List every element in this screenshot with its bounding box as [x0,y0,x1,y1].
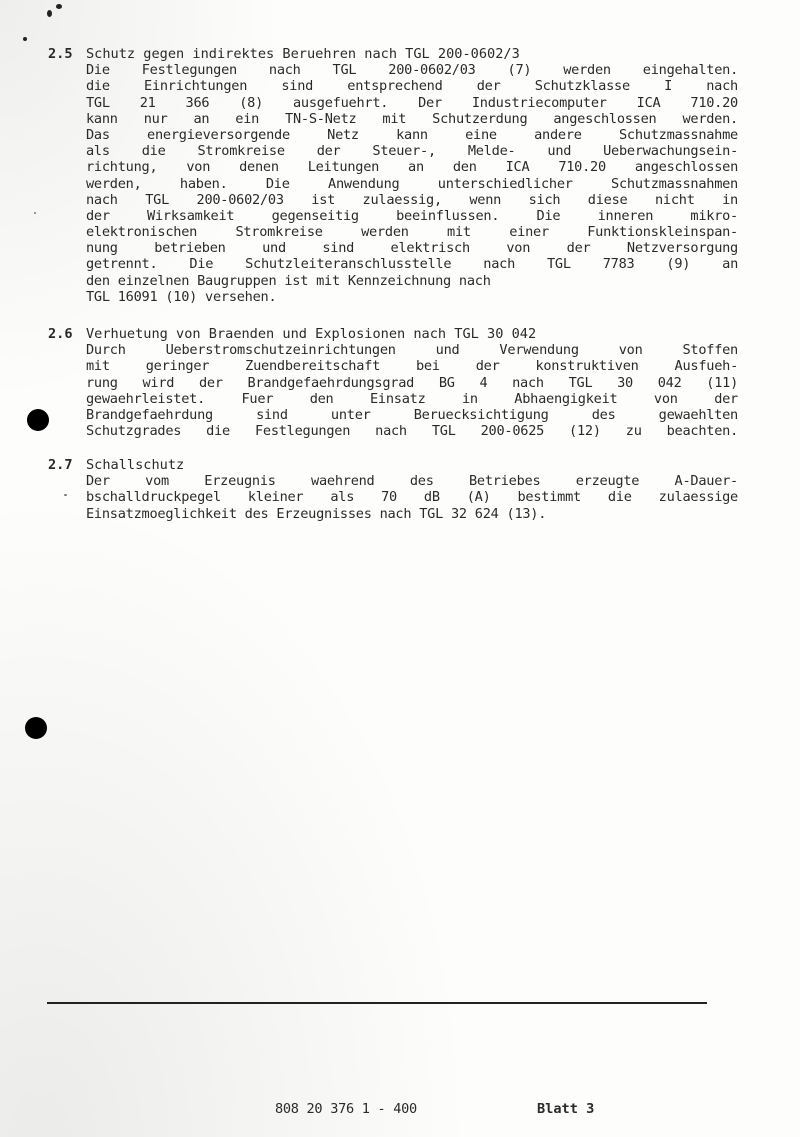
body-line: Das energieversorgende Netz kann eine an… [86,127,738,143]
body-line: bschalldruckpegel kleiner als 70 dB (A) … [86,489,738,505]
section-2-6: 2.6 Verhuetung von Braenden und Explosio… [48,326,738,439]
scan-speck [34,212,36,214]
document-number: 808 20 376 1 - 400 [275,1101,417,1117]
sheet-number: Blatt 3 [537,1101,594,1117]
body-line: nach TGL 200-0602/03 ist zulaessig, wenn… [86,192,738,208]
body-line: nung betrieben und sind elektrisch von d… [86,240,738,256]
body-line: der Wirksamkeit gegenseitig beeinflussen… [86,208,738,224]
section-title: Schutz gegen indirektes Beruehren nach T… [86,46,520,62]
body-line: rung wird der Brandgefaehrdungsgrad BG 4… [86,375,738,391]
hole-punch-mark [27,409,49,431]
body-line: Durch Ueberstromschutzeinrichtungen und … [86,342,738,358]
body-line: richtung, von denen Leitungen an den ICA… [86,159,738,175]
section-body: Die Festlegungen nach TGL 200-0602/03 (7… [86,62,738,305]
body-line: kann nur an ein TN-S-Netz mit Schutzerdu… [86,111,738,127]
body-line: werden, haben. Die Anwendung unterschied… [86,176,738,192]
section-heading: 2.5 Schutz gegen indirektes Beruehren na… [48,46,738,62]
body-line: elektronischen Stromkreise werden mit ei… [86,224,738,240]
scan-speck [47,10,52,17]
section-number: 2.5 [48,46,86,62]
body-line: den einzelnen Baugruppen ist mit Kennzei… [86,273,738,289]
body-line: Einsatzmoeglichkeit des Erzeugnisses nac… [86,506,738,522]
section-title: Schallschutz [86,457,184,473]
section-number: 2.6 [48,326,86,342]
section-body: Der vom Erzeugnis waehrend des Betriebes… [86,473,738,522]
body-line: Die Festlegungen nach TGL 200-0602/03 (7… [86,62,738,78]
section-2-7: 2.7 Schallschutz Der vom Erzeugnis waehr… [48,457,738,522]
body-line: getrennt. Die Schutzleiteranschlusstelle… [86,256,738,272]
hole-punch-mark [25,717,47,739]
body-line: Brandgefaehrdung sind unter Beruecksicht… [86,407,738,423]
body-line: als die Stromkreise der Steuer-, Melde- … [86,143,738,159]
footer-divider [47,1002,707,1004]
body-line: die Einrichtungen sind entsprechend der … [86,78,738,94]
scan-speck [23,37,27,41]
section-body: Durch Ueberstromschutzeinrichtungen und … [86,342,738,439]
section-title: Verhuetung von Braenden und Explosionen … [86,326,536,342]
section-heading: 2.6 Verhuetung von Braenden und Explosio… [48,326,738,342]
scan-speck [56,4,62,9]
body-line: Der vom Erzeugnis waehrend des Betriebes… [86,473,738,489]
section-2-5: 2.5 Schutz gegen indirektes Beruehren na… [48,46,738,305]
body-line: Schutzgrades die Festlegungen nach TGL 2… [86,423,738,439]
section-number: 2.7 [48,457,86,473]
section-heading: 2.7 Schallschutz [48,457,738,473]
body-line: mit geringer Zuendbereitschaft bei der k… [86,358,738,374]
body-line: TGL 16091 (10) versehen. [86,289,738,305]
body-line: gewaehrleistet. Fuer den Einsatz in Abha… [86,391,738,407]
body-line: TGL 21 366 (8) ausgefuehrt. Der Industri… [86,95,738,111]
